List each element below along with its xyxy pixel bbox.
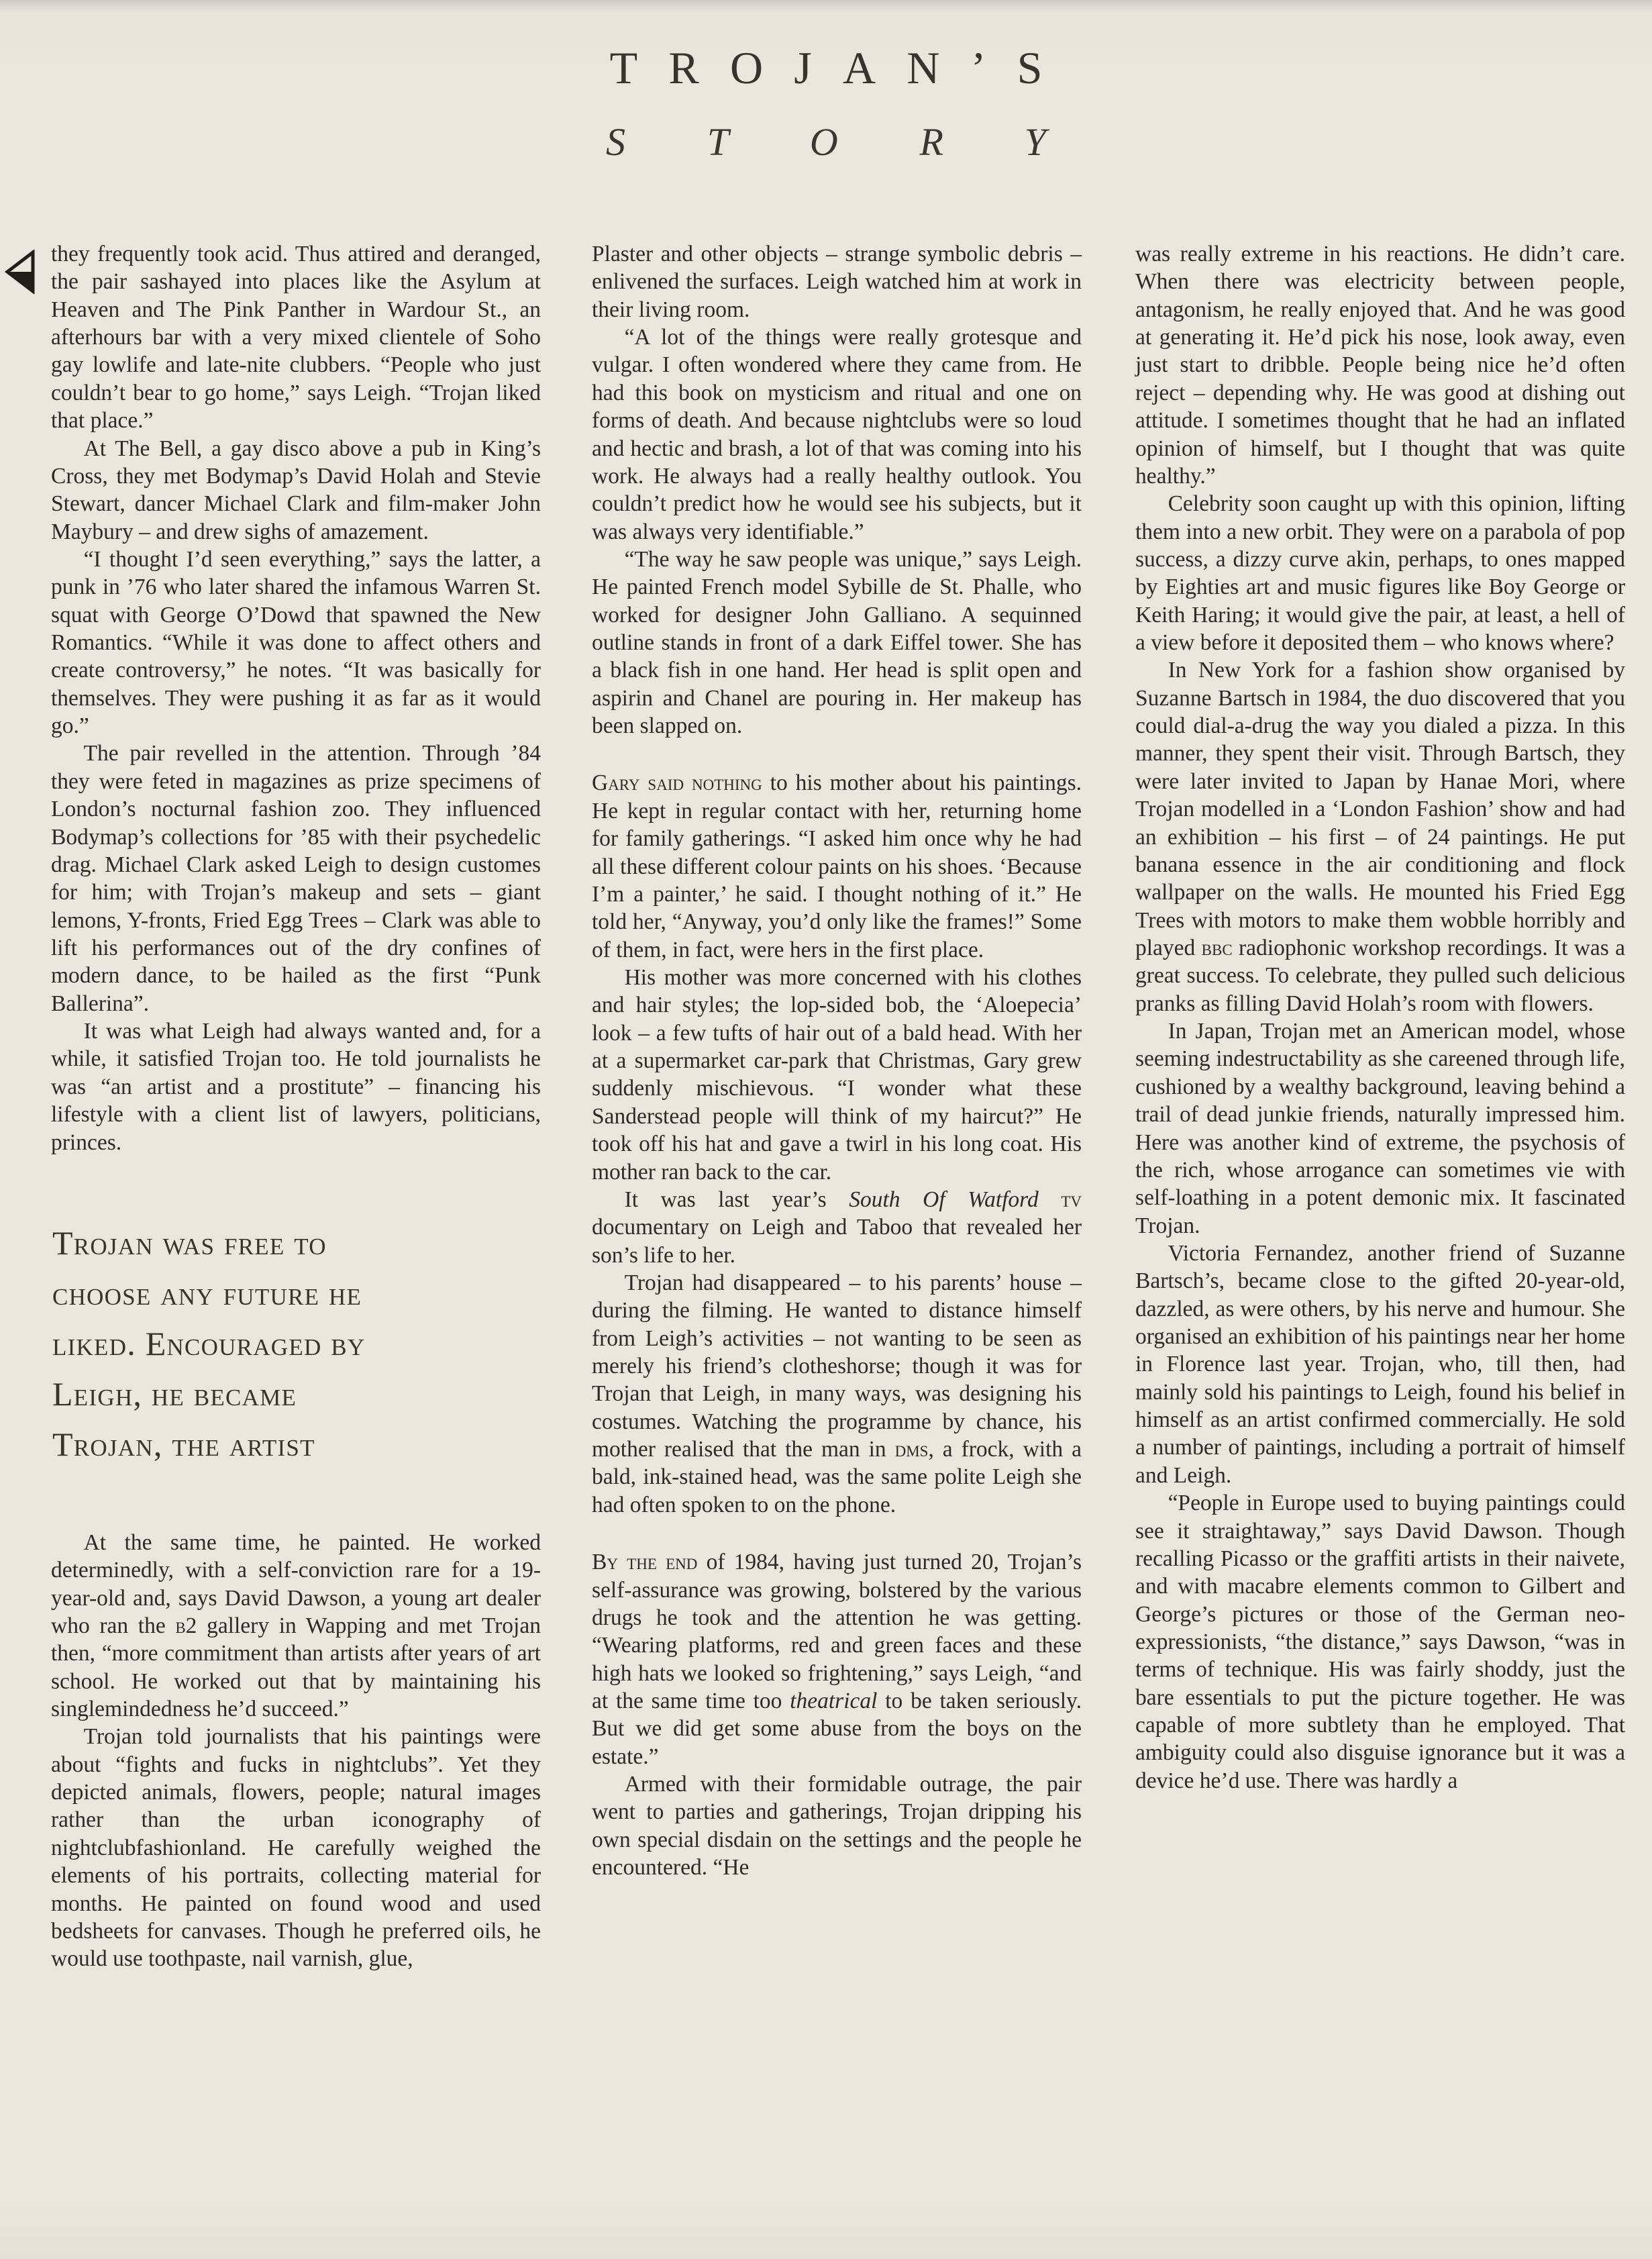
paragraph: In New York for a fashion show organised… (1135, 656, 1625, 1017)
text-run (1039, 1187, 1062, 1212)
text-run: Plaster and other objects – strange symb… (592, 242, 1082, 322)
paragraph: Celebrity soon caught up with this opini… (1135, 490, 1625, 656)
pull-quote-line: Trojan was free to (52, 1218, 541, 1268)
paragraph: was really extreme in his reactions. He … (1135, 240, 1625, 490)
text-run: In Japan, Trojan met an American model, … (1135, 1019, 1625, 1238)
pull-quote-line: Trojan, the artist (52, 1419, 541, 1470)
paragraph: Victoria Fernandez, another friend of Su… (1135, 1240, 1625, 1489)
text-run: Armed with their formidable outrage, the… (592, 1772, 1082, 1880)
italic-run: South Of Watford (849, 1187, 1038, 1212)
paragraph: Trojan told journalists that his paintin… (51, 1723, 541, 1972)
text-column-middle: Plaster and other objects – strange symb… (592, 240, 1082, 1881)
text-run: At The Bell, a gay disco above a pub in … (51, 436, 541, 544)
text-run: Victoria Fernandez, another friend of Su… (1135, 1241, 1625, 1488)
italic-run: theatrical (790, 1689, 877, 1713)
text-run: His mother was more concerned with his c… (592, 965, 1082, 1185)
text-run: The pair revelled in the attention. Thro… (51, 741, 541, 1015)
text-run: “The way he saw people was unique,” says… (592, 547, 1082, 738)
page: { "masthead": { "title": "TROJAN’S", "su… (0, 0, 1652, 2259)
smallcaps-run: tv (1061, 1187, 1082, 1212)
text-run: Trojan told journalists that his paintin… (51, 1724, 541, 1971)
paragraph: By the end of 1984, having just turned 2… (592, 1548, 1082, 1770)
paragraph: “A lot of the things were really grotesq… (592, 323, 1082, 546)
pull-quote-line: liked. Encouraged by (52, 1319, 541, 1369)
paragraph: “People in Europe used to buying paintin… (1135, 1489, 1625, 1795)
smallcaps-run: b2 (175, 1613, 197, 1638)
paragraph: At The Bell, a gay disco above a pub in … (51, 435, 541, 546)
pull-quote-line: Leigh, he became (52, 1369, 541, 1419)
paragraph: At the same time, he painted. He worked … (51, 1529, 541, 1723)
continued-from-arrow-icon (4, 250, 36, 297)
paragraph: they frequently took acid. Thus attired … (51, 240, 541, 435)
text-run: It was last year’s (625, 1187, 849, 1212)
smallcaps-run: Gary said nothing (592, 770, 762, 795)
text-run: “I thought I’d seen everything,” says th… (51, 547, 541, 738)
smallcaps-run: bbc (1202, 936, 1233, 960)
pull-quote-line: choose any future he (52, 1268, 541, 1319)
smallcaps-run: By the end (592, 1550, 697, 1574)
smallcaps-run: dms (895, 1437, 929, 1462)
text-run: was really extreme in his reactions. He … (1135, 242, 1625, 489)
paragraph: His mother was more concerned with his c… (592, 964, 1082, 1186)
text-run: documentary on Leigh and Taboo that reve… (592, 1215, 1082, 1267)
paragraph: “I thought I’d seen everything,” says th… (51, 546, 541, 740)
paragraph: The pair revelled in the attention. Thro… (51, 740, 541, 1017)
pull-quote: Trojan was free tochoose any future heli… (52, 1218, 541, 1470)
text-run: “People in Europe used to buying paintin… (1135, 1491, 1625, 1793)
text-run: Trojan had disappeared – to his parents’… (592, 1270, 1082, 1462)
page-subtitle: STORY (0, 119, 1652, 164)
paragraph: It was last year’s South Of Watford tv d… (592, 1186, 1082, 1269)
paragraph: In Japan, Trojan met an American model, … (1135, 1017, 1625, 1240)
text-column-right: was really extreme in his reactions. He … (1135, 240, 1625, 1795)
text-run: In New York for a fashion show organised… (1135, 658, 1625, 960)
text-run: Celebrity soon caught up with this opini… (1135, 491, 1625, 655)
page-title: TROJAN’S (0, 42, 1652, 95)
paragraph: “The way he saw people was unique,” says… (592, 546, 1082, 740)
paragraph: Armed with their formidable outrage, the… (592, 1770, 1082, 1881)
paragraph: Trojan had disappeared – to his parents’… (592, 1269, 1082, 1519)
text-run: to his mother about his paintings. He ke… (592, 770, 1082, 962)
paragraph: Gary said nothing to his mother about hi… (592, 769, 1082, 964)
text-column-left: they frequently took acid. Thus attired … (51, 240, 541, 1973)
text-run: they frequently took acid. Thus attired … (51, 242, 541, 433)
text-run: It was what Leigh had always wanted and,… (51, 1019, 541, 1154)
text-run: “A lot of the things were really grotesq… (592, 325, 1082, 544)
paragraph: Plaster and other objects – strange symb… (592, 240, 1082, 323)
paragraph: It was what Leigh had always wanted and,… (51, 1017, 541, 1156)
